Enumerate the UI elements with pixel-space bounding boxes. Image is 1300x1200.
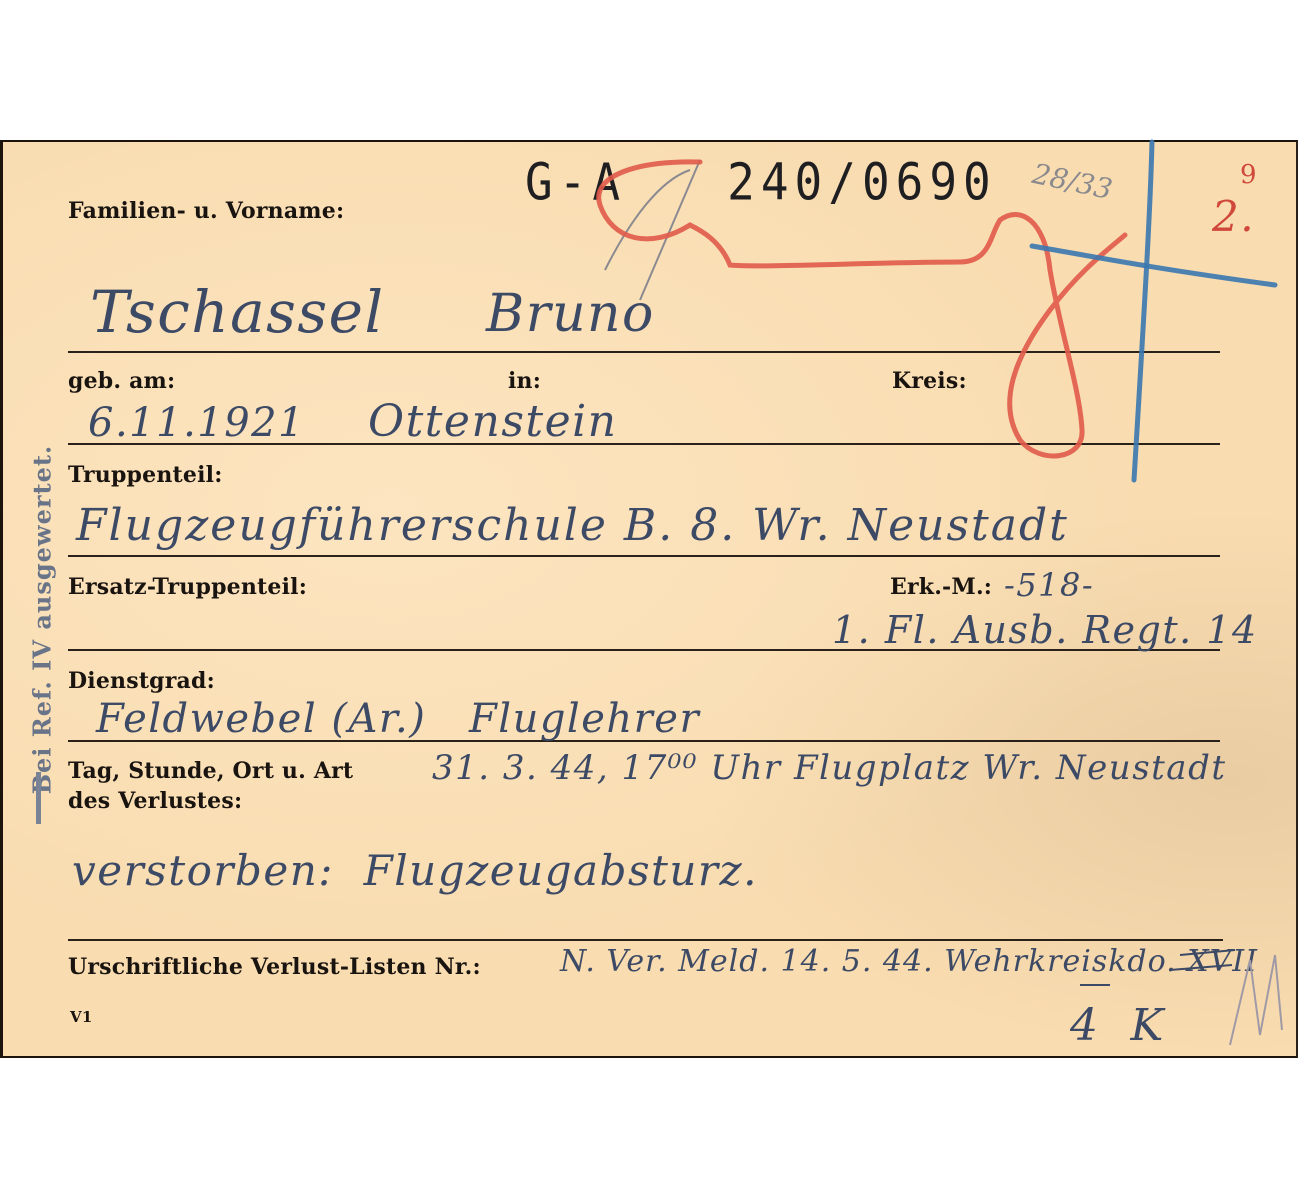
rank-value: Feldwebel (Ar.) Fluglehrer bbox=[96, 696, 700, 742]
unit-value: Flugzeugführerschule B. 8. Wr. Neustadt bbox=[76, 500, 1069, 551]
rule-name bbox=[68, 351, 1220, 353]
side-stamp: Bei Ref. IV ausgewertet. bbox=[28, 410, 57, 830]
loss-value-line2: verstorben: Flugzeugabsturz. bbox=[72, 846, 758, 895]
district-label: Kreis: bbox=[892, 368, 967, 394]
erk-label: Erk.-M.: bbox=[890, 574, 992, 600]
side-stamp-bar bbox=[36, 772, 41, 824]
loss-lists-label: Urschriftliche Verlust-Listen Nr.: bbox=[68, 954, 481, 980]
file-number: G-A 240/0690 bbox=[525, 152, 997, 211]
birth-place-value: Ottenstein bbox=[368, 396, 618, 447]
replacement-unit-value: 1. Fl. Ausb. Regt. 14 bbox=[832, 608, 1258, 652]
red-mark: 2. bbox=[1212, 192, 1255, 241]
rank-label: Dienstgrad: bbox=[68, 668, 215, 694]
erk-value: -518- bbox=[1004, 566, 1094, 604]
birth-date-label: geb. am: bbox=[68, 368, 175, 394]
rule-loss bbox=[68, 939, 1223, 941]
replacement-unit-label: Ersatz-Truppenteil: bbox=[68, 574, 307, 600]
name-label: Familien- u. Vorname: bbox=[68, 198, 344, 224]
first-name-value: Bruno bbox=[486, 284, 655, 344]
form-code: V1 bbox=[70, 1008, 92, 1026]
birth-place-label: in: bbox=[508, 368, 541, 394]
loss-lists-initials: 4 K bbox=[1070, 1000, 1165, 1051]
surname-value: Tschassel bbox=[90, 278, 385, 346]
red-mark-superscript: 9 bbox=[1240, 160, 1258, 190]
rule-unit bbox=[68, 555, 1220, 557]
unit-label: Truppenteil: bbox=[68, 462, 223, 488]
loss-lists-value: N. Ver. Meld. 14. 5. 44. Wehrkreiskdo. X… bbox=[560, 944, 1258, 979]
loss-value-line1: 31. 3. 44, 17⁰⁰ Uhr Flugplatz Wr. Neusta… bbox=[432, 748, 1227, 788]
birth-date-value: 6.11.1921 bbox=[88, 400, 305, 446]
loss-label-line1: Tag, Stunde, Ort u. Art bbox=[68, 758, 353, 784]
loss-label-line2: des Verlustes: bbox=[68, 788, 242, 814]
